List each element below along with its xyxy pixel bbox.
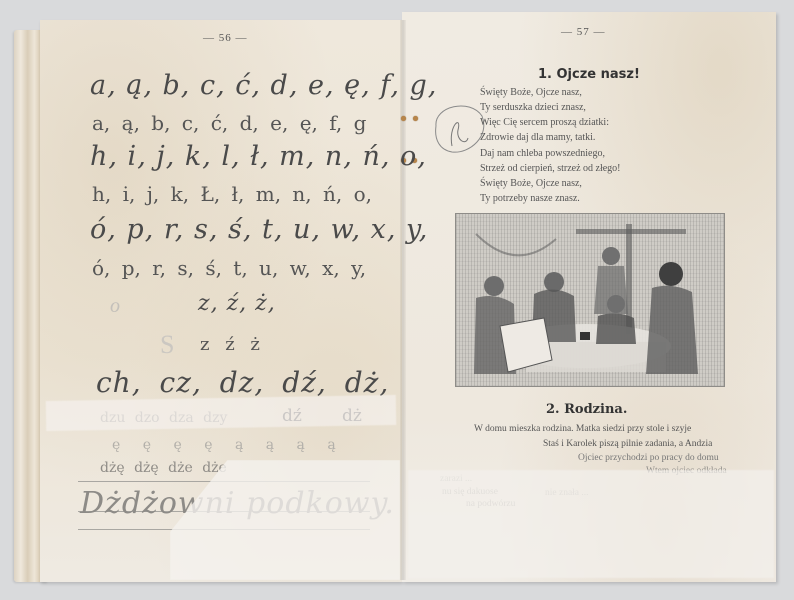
pencil-mark: o xyxy=(110,295,120,318)
poem-line: Więc Cię sercem proszą dziatki: xyxy=(480,115,609,130)
print-alphabet-row-2: h, i, j, k, Ł, ł, m, n, ń, o, xyxy=(92,182,382,206)
print-alphabet-row-1: a, ą, b, c, ć, d, e, ę, f, g xyxy=(92,111,382,135)
staple-hole xyxy=(413,116,418,121)
poem-stanza-2: Daj nam chleba powszedniego, Strzeż od c… xyxy=(480,146,621,206)
story-line: Ojciec przychodzi po pracy do domu xyxy=(578,453,719,463)
poem-line: Strzeż od cierpień, strzeż od złego! xyxy=(480,161,621,176)
script-alphabet-row-3: ó, p, r, s, ś, t, u, w, x, y, xyxy=(90,214,380,245)
faded-vowel-row: ę ę ę ę ą ą ą ą xyxy=(112,437,402,453)
poem-title: 1. Ojcze nasz! xyxy=(538,67,640,82)
tissue-tape-overlay xyxy=(46,395,396,431)
script-digraph-row: ch, cz, dz, dź, dż, xyxy=(96,366,386,399)
script-alphabet-row-1: a, ą, b, c, ć, d, e, ę, f, g, xyxy=(90,70,380,101)
poem-stanza-1: Święty Boże, Ojcze nasz, Ty serduszka dz… xyxy=(480,85,609,145)
story-title: 2. Rodzina. xyxy=(546,402,627,417)
family-illustration xyxy=(455,213,725,387)
poem-line: Daj nam chleba powszedniego, xyxy=(480,146,621,161)
print-alphabet-row-3: ó, p, r, s, ś, t, u, w, x, y, xyxy=(92,256,382,280)
script-alphabet-row-4: z, ź, ż, xyxy=(198,291,488,316)
pencil-mark: S xyxy=(160,330,174,360)
print-alphabet-row-4: z ź ż xyxy=(200,334,490,355)
poem-line: Ty potrzeby nasze znasz. xyxy=(480,191,621,206)
page-number-right: — 57 — xyxy=(561,26,606,38)
poem-line: Zdrowie daj dla mamy, tatki. xyxy=(480,130,609,145)
staple-hole xyxy=(401,116,406,121)
poem-line: Święty Boże, Ojcze nasz, xyxy=(480,85,609,100)
story-line: W domu mieszka rodzina. Matka siedzi prz… xyxy=(474,424,691,434)
poem-line: Święty Boże, Ojcze nasz, xyxy=(480,176,621,191)
page-number-left: — 56 — xyxy=(203,32,248,44)
tissue-tape-overlay xyxy=(408,470,774,578)
story-line: Staś i Karolek piszą pilnie zadania, a A… xyxy=(543,439,712,449)
poem-line: Ty serduszka dzieci znasz, xyxy=(480,100,609,115)
script-alphabet-row-2: h, i, j, k, l, ł, m, n, ń, o, xyxy=(90,141,380,172)
